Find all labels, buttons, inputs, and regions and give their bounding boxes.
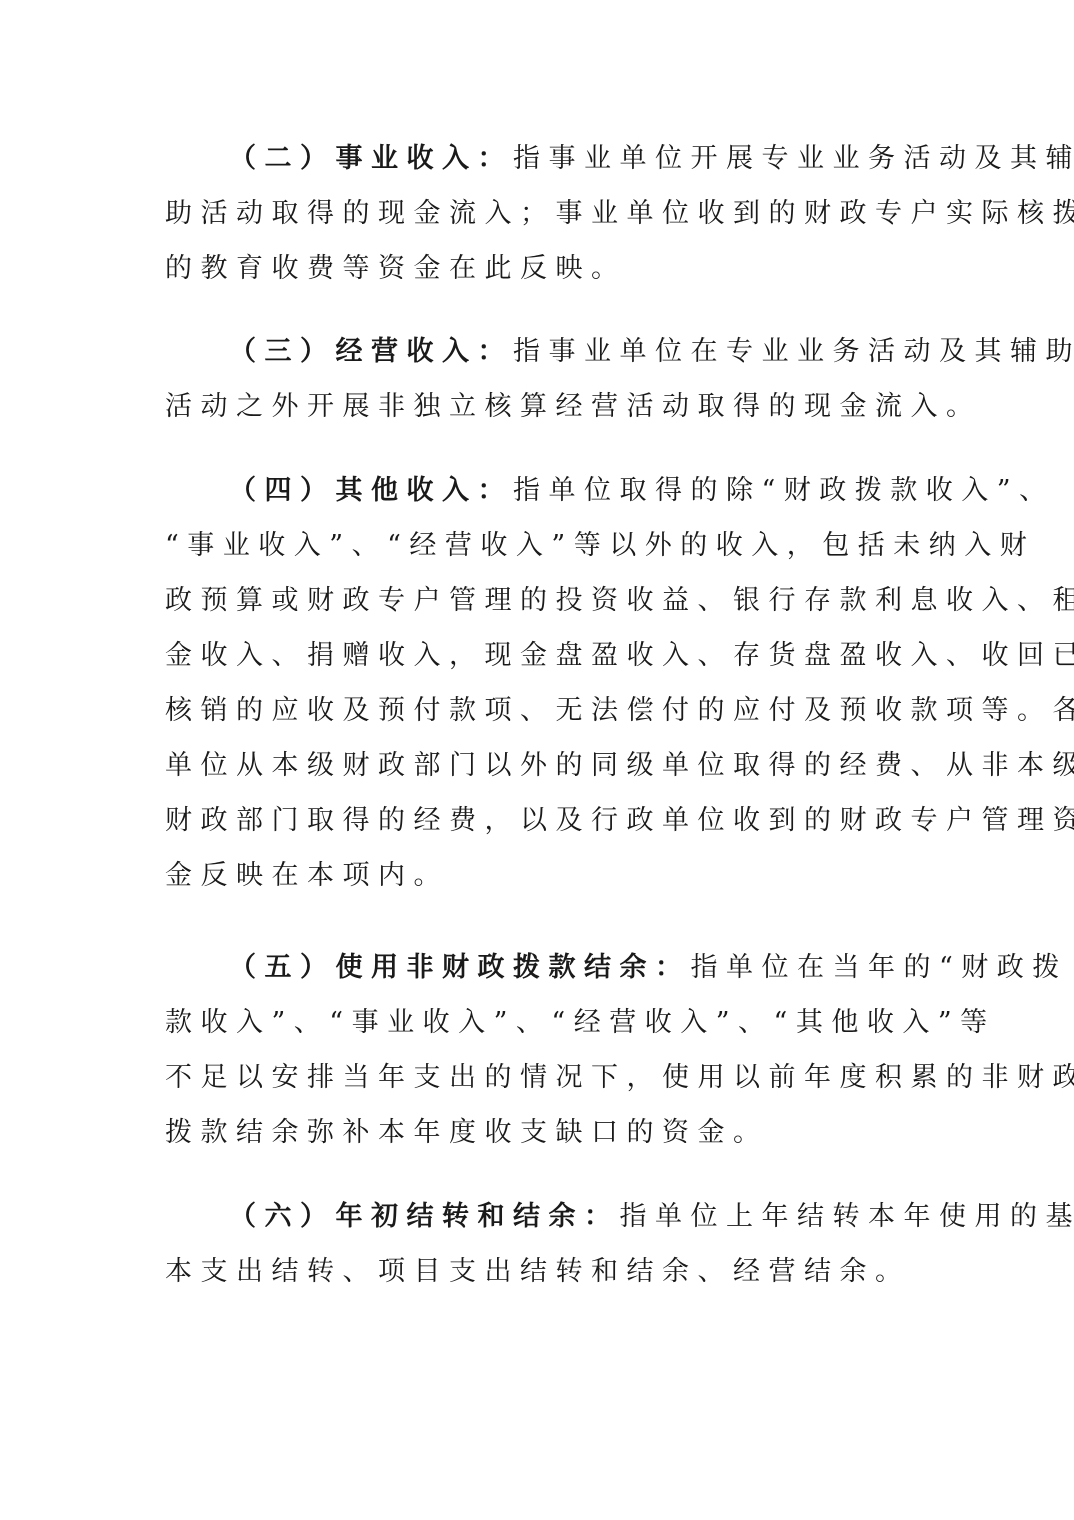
paragraph-line: 政预算或财政专户管理的投资收益、银行存款利息收入、租 bbox=[165, 573, 915, 628]
paragraph-line: “事业收入”、“经营收入”等以外的收入，包括未纳入财 bbox=[165, 518, 915, 573]
paragraph-line: 的教育收费等资金在此反映。 bbox=[165, 241, 915, 296]
paragraph-shiyong-fei-caizheng: （五）使用非财政拨款结余：指单位在当年的“财政拨 款收入”、“事业收入”、“经营… bbox=[165, 940, 915, 1160]
paragraph-line: 单位从本级财政部门以外的同级单位取得的经费、从非本级 bbox=[165, 738, 915, 793]
paragraph-line: 助活动取得的现金流入；事业单位收到的财政专户实际核拨 bbox=[165, 186, 915, 241]
line-text: 指事业单位在专业业务活动及其辅助 bbox=[513, 336, 1074, 367]
paragraph-line: 活动之外开展非独立核算经营活动取得的现金流入。 bbox=[165, 379, 915, 434]
paragraph-line: 核销的应收及预付款项、无法偿付的应付及预收款项等。各 bbox=[165, 683, 915, 738]
paragraph-line: 拨款结余弥补本年度收支缺口的资金。 bbox=[165, 1105, 915, 1160]
line-text: 指单位在当年的“财政拨 bbox=[691, 952, 1068, 983]
paragraph-qita-shouru: （四）其他收入：指单位取得的除“财政拨款收入”、 “事业收入”、“经营收入”等以… bbox=[165, 463, 915, 903]
paragraph-line: （六）年初结转和结余：指单位上年结转本年使用的基 bbox=[165, 1189, 915, 1244]
line-text: 指事业单位开展专业业务活动及其辅 bbox=[513, 143, 1074, 174]
paragraph-line: 本支出结转、项目支出结转和结余、经营结余。 bbox=[165, 1244, 915, 1299]
paragraph-jingying-shouru: （三）经营收入：指事业单位在专业业务活动及其辅助 活动之外开展非独立核算经营活动… bbox=[165, 324, 915, 434]
paragraph-heading: （三）经营收入： bbox=[229, 336, 513, 367]
paragraph-line: 财政部门取得的经费，以及行政单位收到的财政专户管理资 bbox=[165, 793, 915, 848]
paragraph-heading: （五）使用非财政拨款结余： bbox=[229, 952, 691, 983]
paragraph-line: （二）事业收入：指事业单位开展专业业务活动及其辅 bbox=[165, 131, 915, 186]
paragraph-heading: （二）事业收入： bbox=[229, 143, 513, 174]
paragraph-heading: （四）其他收入： bbox=[229, 475, 513, 506]
paragraph-line: （五）使用非财政拨款结余：指单位在当年的“财政拨 bbox=[165, 940, 915, 995]
paragraph-shiye-shouru: （二）事业收入：指事业单位开展专业业务活动及其辅 助活动取得的现金流入；事业单位… bbox=[165, 131, 915, 296]
paragraph-line: （四）其他收入：指单位取得的除“财政拨款收入”、 bbox=[165, 463, 915, 518]
document-page: （二）事业收入：指事业单位开展专业业务活动及其辅 助活动取得的现金流入；事业单位… bbox=[0, 0, 1074, 1520]
paragraph-line: 金反映在本项内。 bbox=[165, 848, 915, 903]
paragraph-line: 金收入、捐赠收入，现金盘盈收入、存货盘盈收入、收回已 bbox=[165, 628, 915, 683]
line-text: 指单位取得的除“财政拨款收入”、 bbox=[513, 475, 1055, 506]
line-text: 指单位上年结转本年使用的基 bbox=[620, 1201, 1074, 1232]
paragraph-heading: （六）年初结转和结余： bbox=[229, 1201, 620, 1232]
paragraph-line: 款收入”、“事业收入”、“经营收入”、“其他收入”等 bbox=[165, 995, 915, 1050]
paragraph-line: （三）经营收入：指事业单位在专业业务活动及其辅助 bbox=[165, 324, 915, 379]
paragraph-line: 不足以安排当年支出的情况下，使用以前年度积累的非财政 bbox=[165, 1050, 915, 1105]
paragraph-nianchu-jiezhuan: （六）年初结转和结余：指单位上年结转本年使用的基 本支出结转、项目支出结转和结余… bbox=[165, 1189, 915, 1299]
